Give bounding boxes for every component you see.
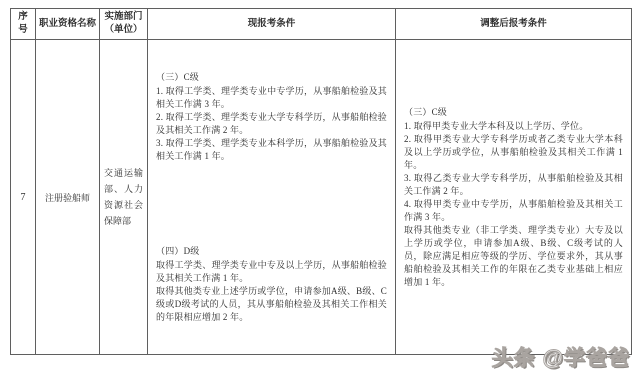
current-d-item-1: 取得工学类、理学类专业中专及以上学历，从事船舶检验及其相关工作满 1 年。 — [156, 259, 387, 285]
adjusted-c-item-3: 3. 取得乙类专业大学专科学历，从事船舶检验及其相关工作满 2 年。 — [404, 172, 623, 198]
adjusted-c-item-1: 1. 取得甲类专业大学本科及以上学历、学位。 — [404, 120, 623, 133]
adjusted-section-c-heading: （三）C级 — [404, 106, 623, 119]
current-section-d: （四）D级 取得工学类、理学类专业中专及以上学历，从事船舶检验及其相关工作满 1… — [156, 245, 387, 324]
cell-seq: 7 — [11, 40, 36, 355]
current-c-item-2: 2. 取得工学类、理学类专业大学专科学历，从事船舶检验及其相关工作满 2 年。 — [156, 111, 387, 137]
toutiao-watermark: 头条 @学爸爸 — [492, 342, 630, 372]
adjusted-c-other-majors-note: 取得其他类专业（非工学类、理学类专业）大专及以上学历或学位，申请参加A级、B级、… — [404, 224, 623, 289]
header-seq: 序号 — [11, 9, 36, 40]
current-d-item-2: 取得其他类专业上述学历或学位，申请参加A级、B级、C级或D级考试的人员，其从事船… — [156, 285, 387, 324]
qualification-requirements-table: 序号 职业资格名称 实施部门（单位） 现报考条件 调整后报考条件 7 注册验船师… — [10, 8, 632, 355]
header-dept: 实施部门（单位） — [100, 9, 148, 40]
table-row: 7 注册验船师 交通运输部、人力资源社会保障部 （三）C级 1. 取得工学类、理… — [11, 40, 632, 355]
header-row: 序号 职业资格名称 实施部门（单位） 现报考条件 调整后报考条件 — [11, 9, 632, 40]
current-c-item-3: 3. 取得工学类、理学类专业本科学历，从事船舶检验及其相关工作满 1 年。 — [156, 137, 387, 163]
header-adjusted-conditions: 调整后报考条件 — [396, 9, 632, 40]
header-current-conditions: 现报考条件 — [148, 9, 396, 40]
cell-department: 交通运输部、人力资源社会保障部 — [100, 40, 148, 355]
current-section-d-heading: （四）D级 — [156, 245, 387, 258]
adjusted-c-item-4: 4. 取得甲类专业中专学历，从事船舶检验及其相关工作满 3 年。 — [404, 198, 623, 224]
current-c-item-1: 1. 取得工学类、理学类专业中专学历，从事船舶检验及其相关工作满 3 年。 — [156, 85, 387, 111]
current-section-c: （三）C级 1. 取得工学类、理学类专业中专学历，从事船舶检验及其相关工作满 3… — [156, 71, 387, 163]
current-section-c-heading: （三）C级 — [156, 71, 387, 84]
adjusted-c-item-2: 2. 取得甲类专业大学专科学历或者乙类专业大学本科及以上学历或学位，从事船舶检验… — [404, 133, 623, 172]
cell-current-conditions: （三）C级 1. 取得工学类、理学类专业中专学历，从事船舶检验及其相关工作满 3… — [148, 40, 396, 355]
adjusted-section-c: （三）C级 1. 取得甲类专业大学本科及以上学历、学位。 2. 取得甲类专业大学… — [404, 106, 623, 289]
cell-adjusted-conditions: （三）C级 1. 取得甲类专业大学本科及以上学历、学位。 2. 取得甲类专业大学… — [396, 40, 632, 355]
current-conditions-stack: （三）C级 1. 取得工学类、理学类专业中专学历，从事船舶检验及其相关工作满 3… — [156, 44, 387, 350]
cell-qualification-name: 注册验船师 — [36, 40, 100, 355]
header-name: 职业资格名称 — [36, 9, 100, 40]
